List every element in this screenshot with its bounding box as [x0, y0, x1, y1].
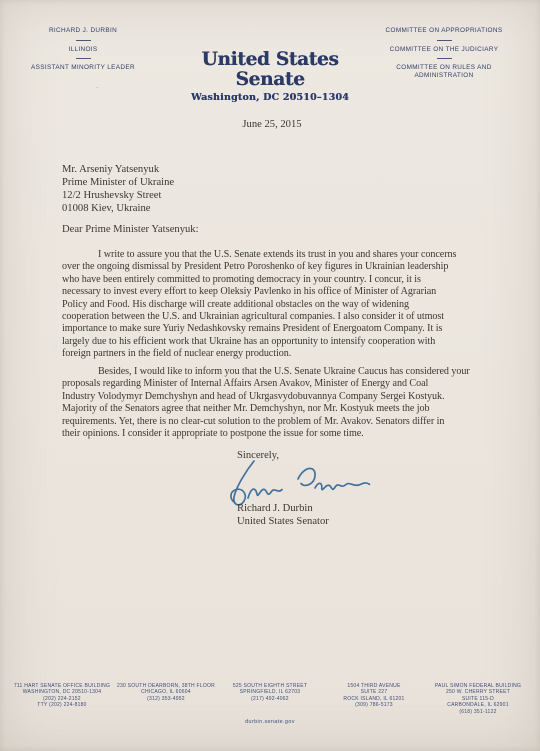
paragraph-line: Policy and Food. His discharge will crea… — [62, 299, 456, 311]
senator-role: ASSISTANT MINORITY LEADER — [28, 64, 138, 72]
paragraph-line: importance to make sure Yuriy Nedashkovs… — [62, 323, 456, 335]
recipient-name: Mr. Arseniy Yatsenyuk — [62, 163, 174, 176]
senate-title: United States Senate — [170, 50, 370, 90]
senator-name: RICHARD J. DURBIN — [28, 27, 138, 35]
office-chicago: 230 SOUTH DEARBORN, 38TH FLOOR CHICAGO, … — [114, 683, 218, 702]
scan-speck: · — [96, 84, 98, 92]
paragraph-line: Majority of the Senators agree that neit… — [62, 403, 470, 415]
signer-title: United States Senator — [237, 516, 329, 527]
footer-office-list: 711 HART SENATE OFFICE BUILDING WASHINGT… — [0, 683, 540, 715]
office-line: (217) 492-4062 — [218, 696, 322, 702]
divider-rule — [76, 40, 91, 41]
paragraph-line: Besides, I would like to inform you that… — [62, 366, 470, 378]
committee-judiciary: COMMITTEE ON THE JUDICIARY — [383, 46, 505, 54]
office-line: TTY (202) 224-8180 — [10, 702, 114, 708]
office-washington: 711 HART SENATE OFFICE BUILDING WASHINGT… — [10, 683, 114, 709]
letterhead-right-block: COMMITTEE ON APPROPRIATIONS COMMITTEE ON… — [383, 27, 505, 80]
paragraph-line: necessary to invest every effort to keep… — [62, 286, 456, 298]
recipient-city: 01008 Kiev, Ukraine — [62, 202, 174, 215]
committee-rules: COMMITTEE ON RULES AND ADMINISTRATION — [396, 64, 492, 80]
body-paragraph-2: Besides, I would like to inform you that… — [62, 366, 470, 440]
office-line: (312) 353-4952 — [114, 696, 218, 702]
paragraph-line: cooperation between the U.S. and Ukraini… — [62, 311, 456, 323]
recipient-address-block: Mr. Arseniy Yatsenyuk Prime Minister of … — [62, 163, 174, 215]
body-paragraph-1: I write to assure you that the U.S. Sena… — [62, 249, 456, 361]
office-line: WASHINGTON, DC 20510-1304 — [10, 689, 114, 695]
office-carbondale: PAUL SIMON FEDERAL BUILDING 250 W. CHERR… — [426, 683, 530, 715]
paragraph-line: their opinions. I consider it appropriat… — [62, 428, 470, 440]
letter-date: June 25, 2015 — [62, 119, 482, 130]
office-rock-island: 1504 THIRD AVENUE SUITE 227 ROCK ISLAND,… — [322, 683, 426, 709]
paragraph-line: over the ongoing dismissal by President … — [62, 261, 456, 273]
recipient-title: Prime Minister of Ukraine — [62, 176, 174, 189]
divider-rule — [437, 58, 452, 59]
office-line: (618) 351-1122 — [426, 709, 530, 715]
paragraph-line: who have been entirely committed to prom… — [62, 274, 456, 286]
senate-address: Washington, DC 20510–1304 — [170, 92, 370, 103]
recipient-street: 12/2 Hrushevsky Street — [62, 189, 174, 202]
divider-rule — [76, 58, 91, 59]
divider-rule — [437, 40, 452, 41]
paragraph-line: foreign partners in the field of nuclear… — [62, 348, 456, 360]
paragraph-line: largely due to his efficient work that U… — [62, 336, 456, 348]
paragraph-line: Industry Volodymyr Demchyshyn and head o… — [62, 391, 470, 403]
signer-name: Richard J. Durbin — [237, 503, 313, 514]
scanned-letter-page: RICHARD J. DURBIN ILLINOIS ASSISTANT MIN… — [0, 0, 540, 751]
office-line: (309) 786-5173 — [322, 702, 426, 708]
paragraph-line: requirements. Yet, there is no clear-cut… — [62, 416, 470, 428]
committee-appropriations: COMMITTEE ON APPROPRIATIONS — [383, 27, 505, 35]
salutation: Dear Prime Minister Yatsenyuk: — [62, 224, 199, 235]
senator-state: ILLINOIS — [28, 46, 138, 54]
letterhead-center-block: United States Senate Washington, DC 2051… — [170, 50, 370, 103]
paragraph-line: proposals regarding Minister of Internal… — [62, 378, 470, 390]
letterhead-left-block: RICHARD J. DURBIN ILLINOIS ASSISTANT MIN… — [28, 27, 138, 72]
office-springfield: 525 SOUTH EIGHTH STREET SPRINGFIELD, IL … — [218, 683, 322, 702]
paragraph-line: I write to assure you that the U.S. Sena… — [62, 249, 456, 261]
website-url: durbin.senate.gov — [0, 719, 540, 725]
